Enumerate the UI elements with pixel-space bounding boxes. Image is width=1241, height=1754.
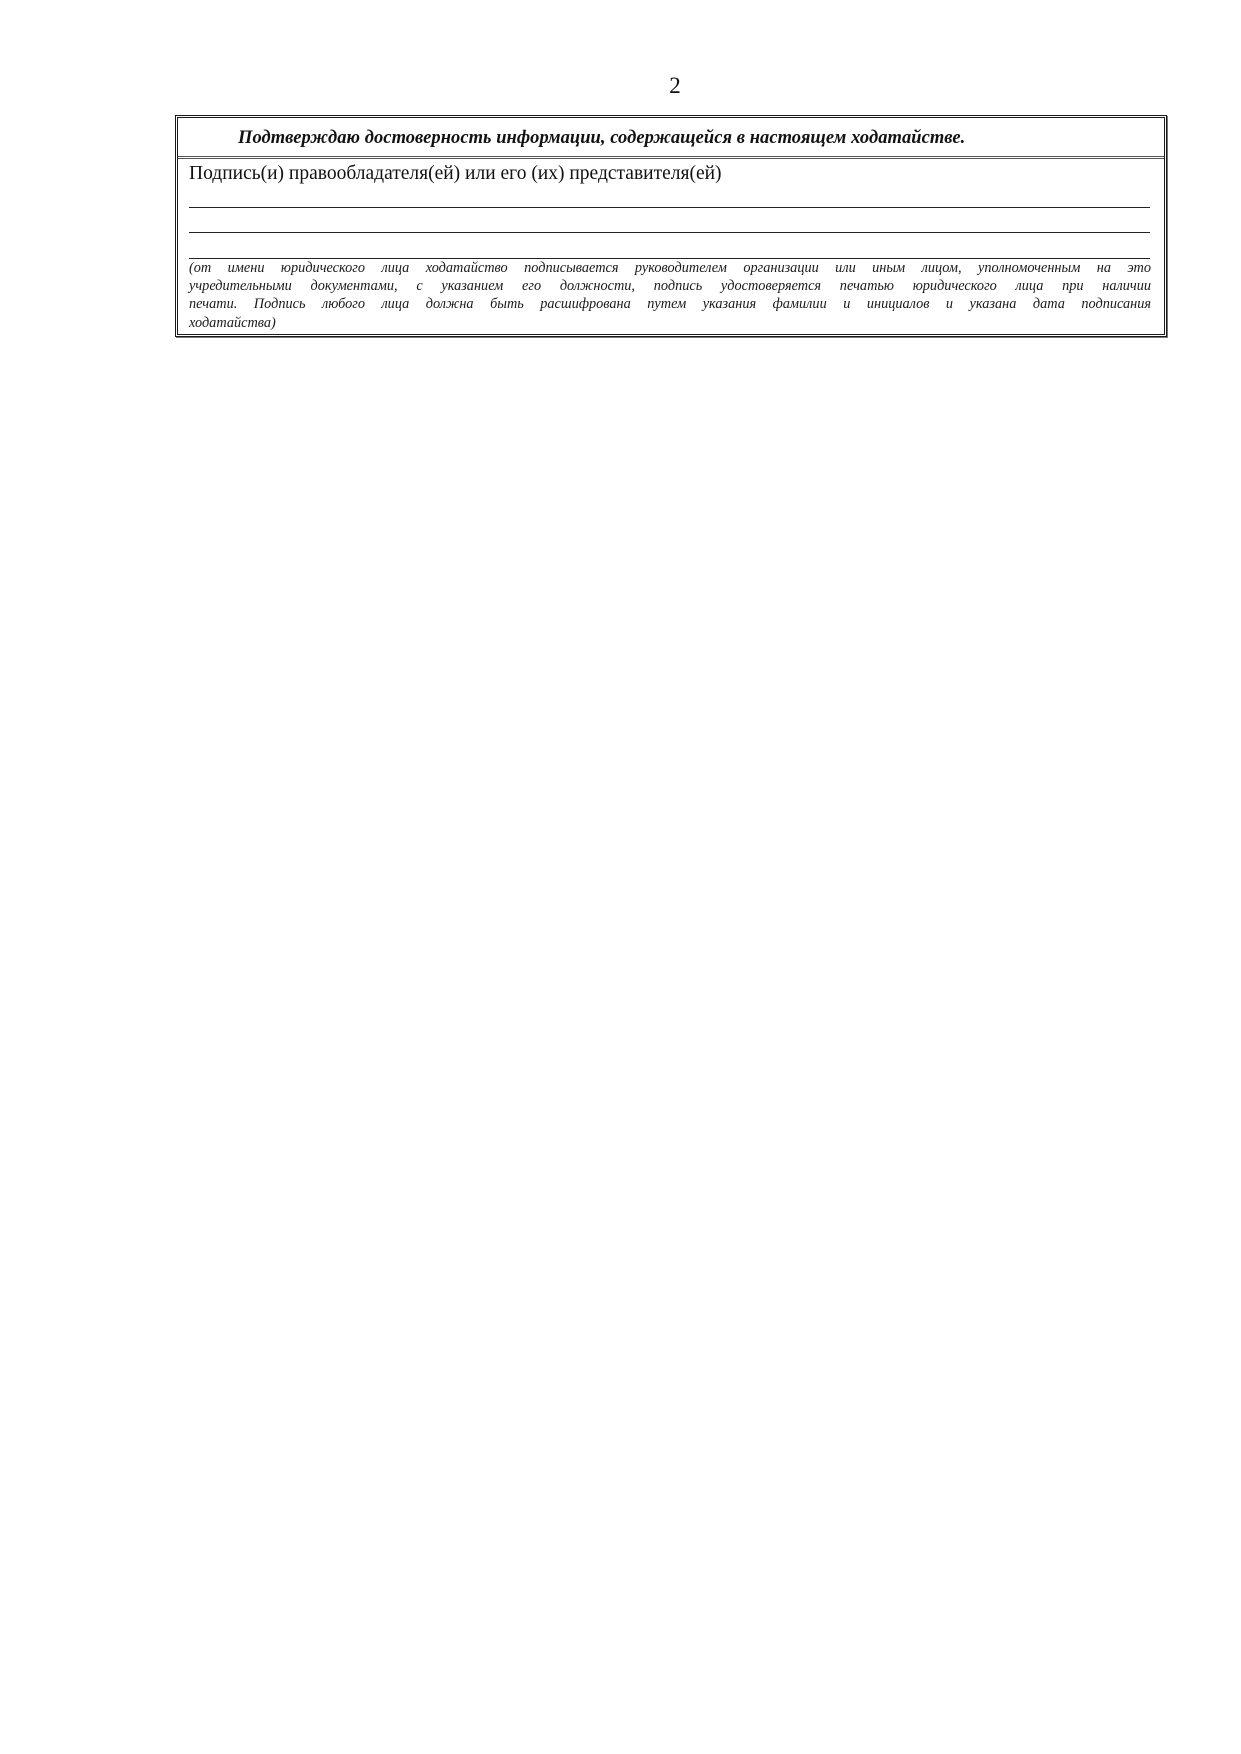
signature-line-2[interactable] — [189, 232, 1150, 233]
note-line-4: ходатайства) — [189, 314, 1151, 332]
note-line-2: учредительными документами, с указанием … — [189, 277, 1151, 295]
confirmation-header-row: Подтверждаю достоверность информации, со… — [178, 118, 1164, 159]
signature-line-1[interactable] — [189, 207, 1150, 208]
confirmation-statement: Подтверждаю достоверность информации, со… — [238, 128, 965, 149]
signature-instructions-note: (от имени юридического лица ходатайство … — [189, 259, 1151, 332]
signature-label: Подпись(и) правообладателя(ей) или его (… — [189, 163, 722, 185]
signature-section: Подпись(и) правообладателя(ей) или его (… — [178, 159, 1164, 334]
confirmation-table: Подтверждаю достоверность информации, со… — [175, 115, 1167, 337]
note-line-3: печати. Подпись любого лица должна быть … — [189, 295, 1151, 313]
note-line-1: (от имени юридического лица ходатайство … — [189, 259, 1151, 277]
page-number: 2 — [0, 73, 1241, 99]
